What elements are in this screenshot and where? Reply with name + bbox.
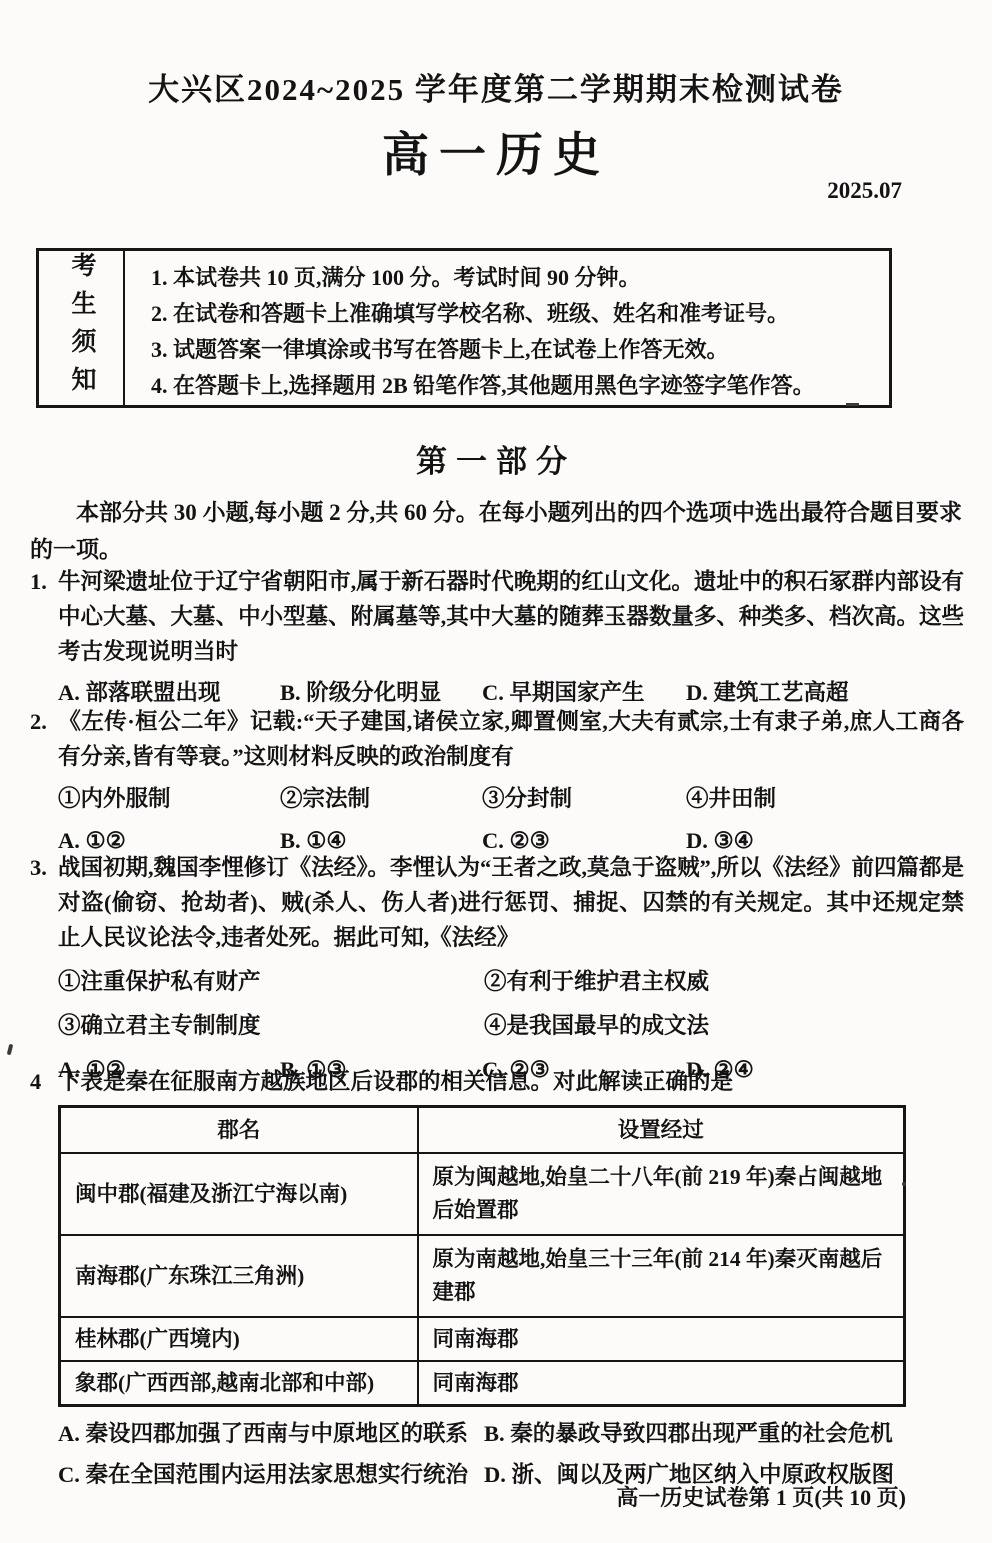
section-title: 第一部分: [0, 436, 992, 481]
notice-item: 3. 试题答案一律填涂或书写在答题卡上,在试卷上作答无效。: [151, 332, 881, 368]
question-3-stem: 3.战国初期,魏国李悝修订《法经》。李悝认为“王者之政,莫急于盗贼”,所以《法经…: [30, 850, 964, 955]
page-footer: 高一历史试卷第 1 页(共 10 页): [616, 1481, 906, 1512]
scan-artifact: [7, 1044, 14, 1056]
question-4-stem: 4下表是秦在征服南方越族地区后设郡的相关信息。对此解读正确的是: [30, 1064, 964, 1099]
table-row: 桂林郡(广西境内) 同南海郡: [60, 1317, 905, 1361]
table-header-row: 郡名 设置经过: [60, 1107, 905, 1154]
exam-date: 2025.07: [827, 178, 902, 204]
table-header-establishment: 设置经过: [418, 1107, 905, 1154]
question-4-text: 下表是秦在征服南方越族地区后设郡的相关信息。对此解读正确的是: [58, 1069, 733, 1094]
option-a: A. 秦设四郡加强了西南与中原地区的联系: [58, 1416, 484, 1451]
notice-items: 1. 本试卷共 10 页,满分 100 分。考试时间 90 分钟。 2. 在试卷…: [125, 251, 889, 405]
table-row: 南海郡(广东珠江三角洲) 原为南越地,始皇三十三年(前 214 年)秦灭南越后建…: [60, 1235, 905, 1317]
exam-paper-page: 大兴区2024~2025 学年度第二学期期末检测试卷 高一历史 2025.07 …: [0, 0, 992, 1543]
table-header-prefecture: 郡名: [60, 1107, 418, 1154]
notice-side-panel: 考生须知: [39, 251, 125, 405]
suboption-4: ④是我国最早的成文法: [484, 1008, 964, 1043]
option-c: C. 秦在全国范围内运用法家思想实行统治: [58, 1457, 484, 1492]
question-1-number: 1.: [30, 564, 58, 599]
cell-prefecture: 南海郡(广东珠江三角洲): [60, 1235, 418, 1317]
cell-establishment: 同南海郡: [418, 1317, 905, 1361]
subject-title: 高一历史: [0, 118, 992, 185]
cell-establishment: 原为南越地,始皇三十三年(前 214 年)秦灭南越后建郡: [418, 1235, 905, 1317]
question-1: 1.牛河梁遗址位于辽宁省朝阳市,属于新石器时代晚期的红山文化。遗址中的积石冢群内…: [30, 564, 964, 710]
prefecture-table: 郡名 设置经过 闽中郡(福建及浙江宁海以南) 原为闽越地,始皇二十八年(前 21…: [58, 1105, 906, 1407]
table-row: 象郡(广西西部,越南北部和中部) 同南海郡: [60, 1361, 905, 1406]
question-3-text: 战国初期,魏国李悝修订《法经》。李悝认为“王者之政,莫急于盗贼”,所以《法经》前…: [58, 855, 964, 950]
question-3-suboptions-row-2: ③确立君主专制制度 ④是我国最早的成文法: [30, 1008, 964, 1043]
question-2-text: 《左传·桓公二年》记载:“天子建国,诸侯立家,卿置侧室,大夫有贰宗,士有隶子弟,…: [58, 709, 964, 769]
cell-establishment: 同南海郡: [418, 1361, 905, 1406]
cell-establishment: 原为闽越地,始皇二十八年(前 219 年)秦占闽越地后始置郡: [418, 1153, 905, 1235]
exam-title: 大兴区2024~2025 学年度第二学期期末检测试卷: [0, 64, 992, 109]
option-b: B. 秦的暴政导致四郡出现严重的社会危机: [484, 1416, 964, 1451]
candidate-notice-box: 考生须知 1. 本试卷共 10 页,满分 100 分。考试时间 90 分钟。 2…: [36, 248, 892, 408]
question-2-stem: 2.《左传·桓公二年》记载:“天子建国,诸侯立家,卿置侧室,大夫有贰宗,士有隶子…: [30, 704, 964, 774]
suboption-2: ②宗法制: [280, 781, 482, 816]
question-3: 3.战国初期,魏国李悝修订《法经》。李悝认为“王者之政,莫急于盗贼”,所以《法经…: [30, 850, 964, 1087]
notice-side-label: 考生须知: [63, 252, 99, 404]
question-3-number: 3.: [30, 850, 58, 885]
suboption-3: ③确立君主专制制度: [58, 1008, 484, 1043]
notice-item: 4. 在答题卡上,选择题用 2B 铅笔作答,其他题用黑色字迹签字笔作答。: [151, 368, 881, 404]
question-1-text: 牛河梁遗址位于辽宁省朝阳市,属于新石器时代晚期的红山文化。遗址中的积石冢群内部设…: [58, 569, 964, 664]
suboption-1: ①内外服制: [58, 781, 280, 816]
suboption-4: ④井田制: [686, 781, 964, 816]
question-2: 2.《左传·桓公二年》记载:“天子建国,诸侯立家,卿置侧室,大夫有贰宗,士有隶子…: [30, 704, 964, 858]
scan-artifact: [902, 1182, 906, 1186]
question-2-number: 2.: [30, 704, 58, 739]
question-2-suboptions: ①内外服制 ②宗法制 ③分封制 ④井田制: [30, 781, 964, 816]
section-instructions: 本部分共 30 小题,每小题 2 分,共 60 分。在每小题列出的四个选项中选出…: [30, 494, 962, 568]
suboption-1: ①注重保护私有财产: [58, 964, 484, 999]
question-1-stem: 1.牛河梁遗址位于辽宁省朝阳市,属于新石器时代晚期的红山文化。遗址中的积石冢群内…: [30, 564, 964, 669]
notice-item: 2. 在试卷和答题卡上准确填写学校名称、班级、姓名和准考证号。: [151, 296, 881, 332]
suboption-3: ③分封制: [482, 781, 686, 816]
question-4-number: 4: [30, 1064, 58, 1099]
question-3-suboptions-row-1: ①注重保护私有财产 ②有利于维护君主权威: [30, 964, 964, 999]
scan-artifact: [846, 403, 859, 406]
notice-item: 1. 本试卷共 10 页,满分 100 分。考试时间 90 分钟。: [151, 260, 881, 296]
table-row: 闽中郡(福建及浙江宁海以南) 原为闽越地,始皇二十八年(前 219 年)秦占闽越…: [60, 1153, 905, 1235]
question-4-options-row-1: A. 秦设四郡加强了西南与中原地区的联系 B. 秦的暴政导致四郡出现严重的社会危…: [30, 1416, 964, 1451]
suboption-2: ②有利于维护君主权威: [484, 964, 964, 999]
question-4: 4下表是秦在征服南方越族地区后设郡的相关信息。对此解读正确的是 郡名 设置经过 …: [30, 1064, 964, 1492]
cell-prefecture: 闽中郡(福建及浙江宁海以南): [60, 1153, 418, 1235]
cell-prefecture: 象郡(广西西部,越南北部和中部): [60, 1361, 418, 1406]
cell-prefecture: 桂林郡(广西境内): [60, 1317, 418, 1361]
